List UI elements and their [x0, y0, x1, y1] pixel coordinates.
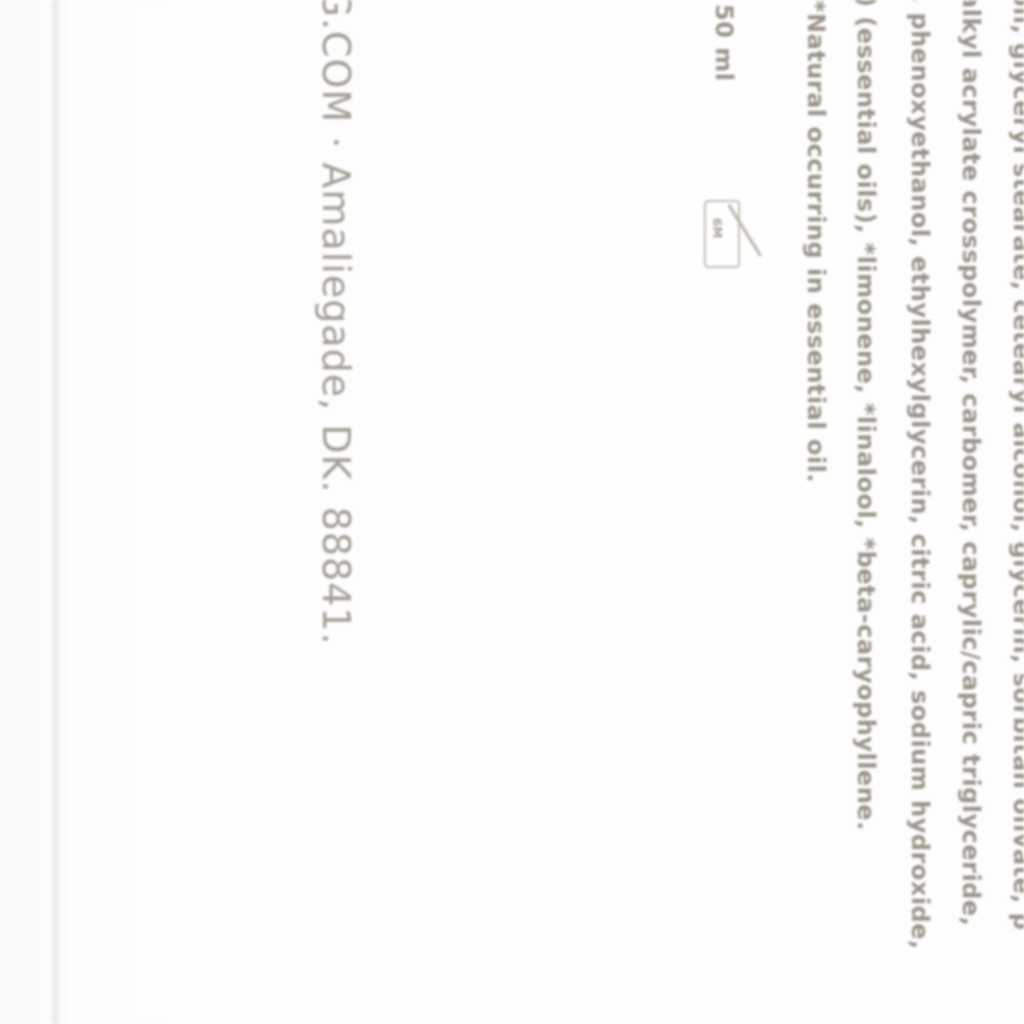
ingredient-line: ) (essential oils), *limonene, *linalool…: [852, 0, 880, 831]
company-address: RG.COM · Amaliegade, DK. 88841.: [314, 0, 358, 646]
label-edge: [52, 0, 58, 1024]
ingredient-footnote: *Natural occurring in essential oil.: [802, 0, 830, 483]
period-after-opening-icon: 6M: [700, 196, 746, 272]
ingredient-line: , phenoxyethanol, ethylhexylglycerin, ci…: [906, 0, 934, 950]
volume-text: 50 ml: [710, 4, 738, 82]
product-label: oil, glyceryl stearate, cetearyl alcohol…: [0, 0, 1024, 1024]
pao-months: 6M: [710, 218, 724, 238]
ingredient-line: alkyl acrylate crosspolymer, carbomer, c…: [957, 0, 985, 926]
ingredient-line: oil, glyceryl stearate, cetearyl alcohol…: [1008, 0, 1024, 930]
